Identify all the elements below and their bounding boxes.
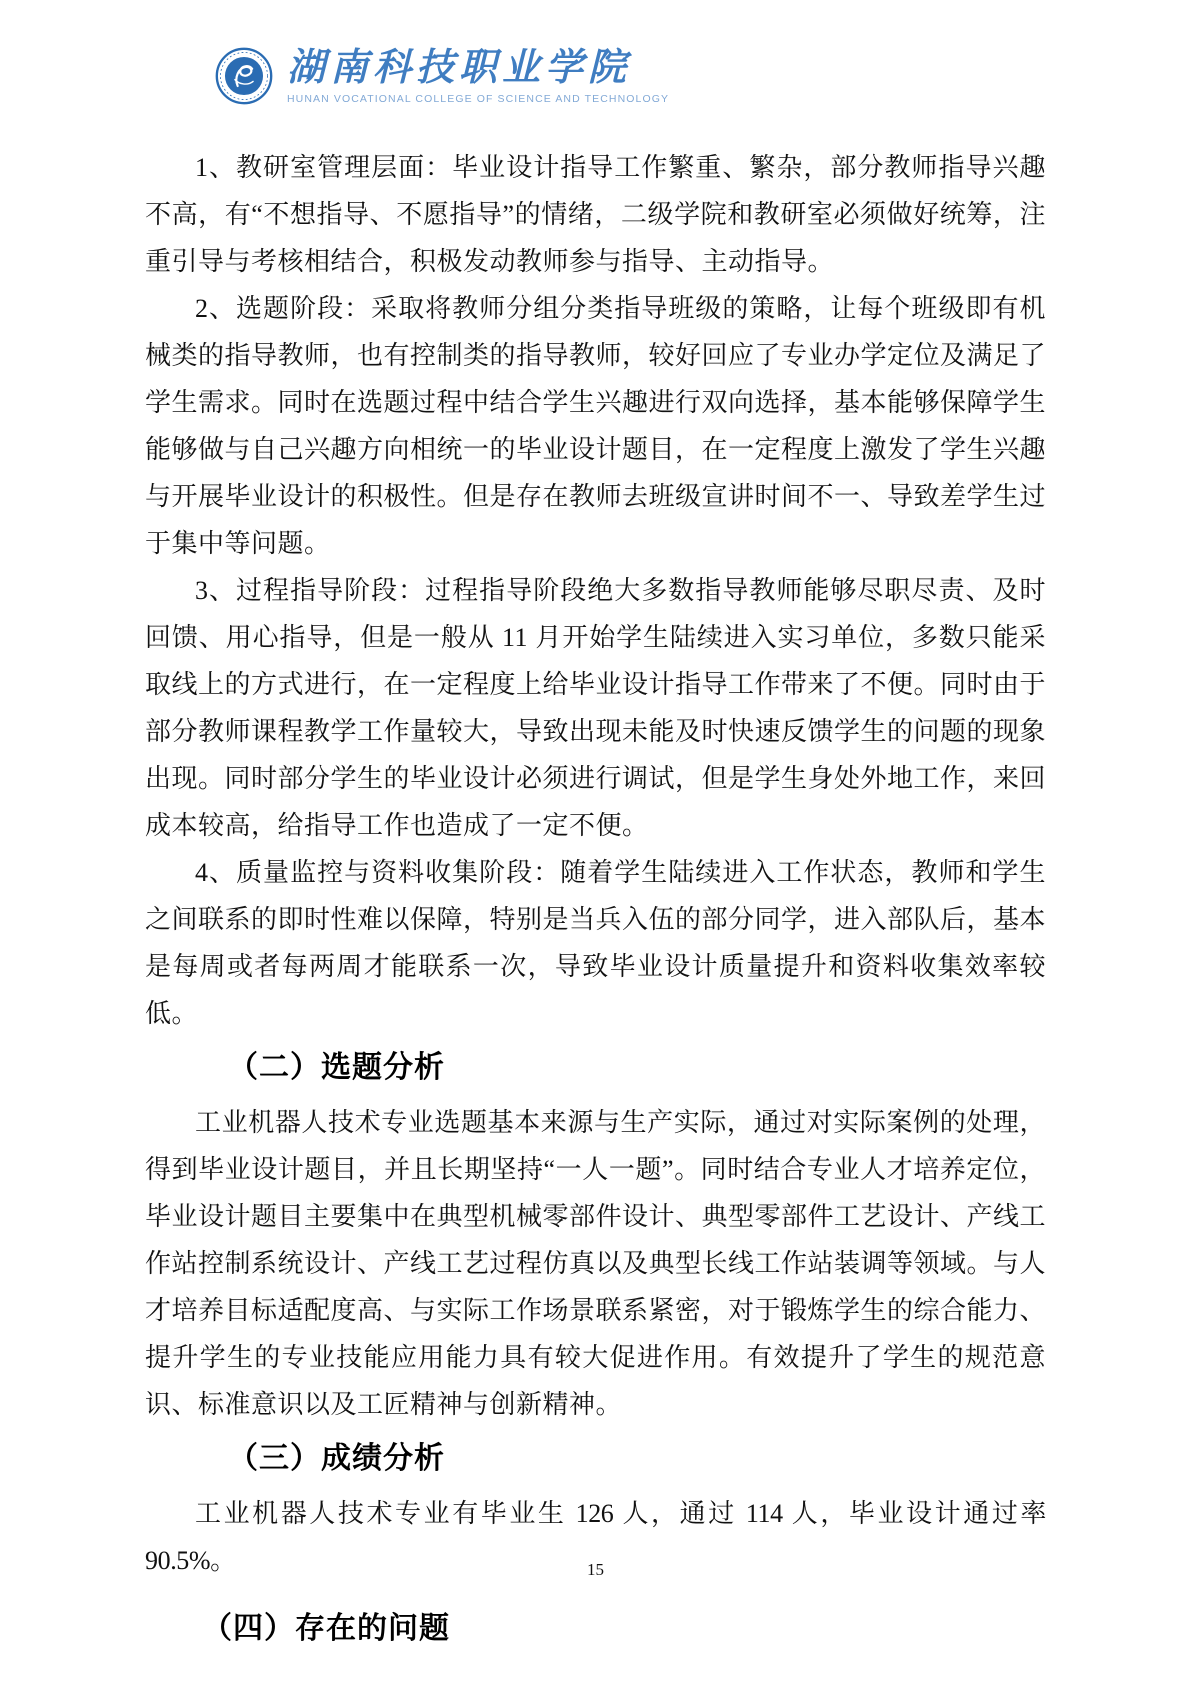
- paragraph-topic-analysis: 工业机器人技术专业选题基本来源与生产实际，通过对实际案例的处理，得到毕业设计题目…: [145, 1099, 1046, 1428]
- college-logo-header: 湖南科技职业学院 HUNAN VOCATIONAL COLLEGE OF SCI…: [215, 36, 1191, 114]
- paragraph-process-guidance-stage: 3、过程指导阶段：过程指导阶段绝大多数指导教师能够尽职尽责、及时回馈、用心指导，…: [145, 567, 1046, 849]
- section-heading-score-analysis: （三）成绩分析: [145, 1438, 1046, 1480]
- college-name-en: HUNAN VOCATIONAL COLLEGE OF SCIENCE AND …: [287, 93, 669, 105]
- document-body: 1、教研室管理层面：毕业设计指导工作繁重、繁杂，部分教师指导兴趣不高，有“不想指…: [145, 144, 1046, 1650]
- paragraph-quality-monitoring-stage: 4、质量监控与资料收集阶段：随着学生陆续进入工作状态，教师和学生之间联系的即时性…: [145, 849, 1046, 1037]
- document-page: 湖南科技职业学院 HUNAN VOCATIONAL COLLEGE OF SCI…: [0, 0, 1191, 1684]
- college-name-zh: 湖南科技职业学院: [287, 46, 669, 90]
- college-seal-icon: [215, 47, 273, 105]
- section-heading-topic-analysis: （二）选题分析: [145, 1047, 1046, 1089]
- paragraph-teaching-office: 1、教研室管理层面：毕业设计指导工作繁重、繁杂，部分教师指导兴趣不高，有“不想指…: [145, 144, 1046, 285]
- college-logo-text: 湖南科技职业学院 HUNAN VOCATIONAL COLLEGE OF SCI…: [287, 46, 669, 105]
- page-number: 15: [0, 1560, 1191, 1580]
- section-heading-existing-problems: （四）存在的问题: [145, 1608, 1046, 1650]
- paragraph-topic-selection-stage: 2、选题阶段：采取将教师分组分类指导班级的策略，让每个班级即有机械类的指导教师，…: [145, 285, 1046, 567]
